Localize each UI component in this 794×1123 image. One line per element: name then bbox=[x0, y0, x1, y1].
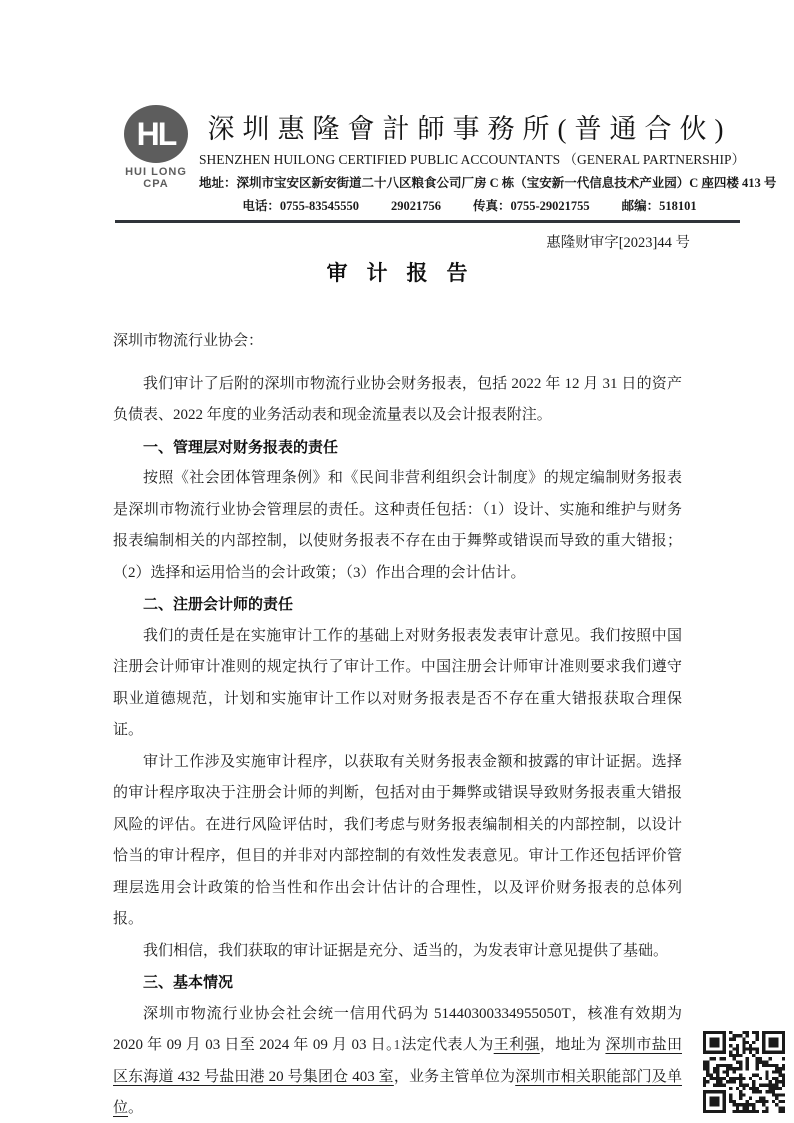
document-ref-number: 惠隆财审字[2023]44 号 bbox=[0, 231, 690, 252]
section-heading: 三、基本情况 bbox=[113, 967, 682, 999]
logo-monogram: HL bbox=[137, 116, 177, 152]
paragraph: 我们审计了后附的深圳市物流行业协会财务报表，包括 2022 年 12 月 31 … bbox=[113, 369, 682, 432]
audit-report-page: HL HUI LONG CPA 深圳惠隆會計師事務所(普通合伙) SHENZHE… bbox=[0, 0, 794, 1123]
firm-logo: HL HUI LONG CPA bbox=[113, 104, 199, 190]
paragraph: 审计工作涉及实施审计程序，以获取有关财务报表金额和披露的审计证据。选择的审计程序… bbox=[113, 747, 682, 936]
text-segment: ，业务主管单位为 bbox=[394, 1069, 515, 1085]
paragraph: 我们的责任是在实施审计工作的基础上对财务报表发表审计意见。我们按照中国注册会计师… bbox=[113, 621, 682, 747]
page-number: 1 bbox=[0, 1037, 794, 1053]
section-heading: 二、注册会计师的责任 bbox=[113, 589, 682, 621]
firm-contact-line: 电话：0755-83545550 29021756 传真：0755-290217… bbox=[199, 199, 740, 214]
firm-phone: 电话：0755-83545550 bbox=[242, 199, 359, 214]
letterhead-text: 深圳惠隆會計師事務所(普通合伙) SHENZHEN HUILONG CERTIF… bbox=[199, 104, 740, 214]
section-heading: 一、管理层对财务报表的责任 bbox=[113, 432, 682, 464]
salutation: 深圳市物流行业协会： bbox=[113, 326, 682, 358]
firm-postcode: 邮编：518101 bbox=[622, 199, 697, 214]
firm-phone-alt: 29021756 bbox=[391, 199, 441, 214]
firm-name-en: SHENZHEN HUILONG CERTIFIED PUBLIC ACCOUN… bbox=[199, 152, 740, 168]
letterhead-divider bbox=[115, 220, 740, 223]
paragraph: 深圳市物流行业协会社会统一信用代码为 51440300334955050T，核准… bbox=[113, 999, 682, 1123]
paragraph: 按照《社会团体管理条例》和《民间非营利组织会计制度》的规定编制财务报表是深圳市物… bbox=[113, 463, 682, 589]
document-title: 审计报告 bbox=[0, 257, 794, 287]
paragraph: 我们相信，我们获取的审计证据是充分、适当的，为发表审计意见提供了基础。 bbox=[113, 936, 682, 968]
qr-code bbox=[698, 1026, 790, 1118]
logo-caption: HUI LONG CPA bbox=[125, 166, 187, 190]
huilong-logo-icon: HL bbox=[123, 104, 189, 164]
logo-caption-line2: CPA bbox=[143, 178, 168, 190]
logo-caption-line1: HUI LONG bbox=[125, 166, 187, 178]
firm-fax: 传真：0755-29021755 bbox=[473, 199, 590, 214]
firm-name-cn: 深圳惠隆會計師事務所(普通合伙) bbox=[199, 112, 740, 146]
letterhead: HL HUI LONG CPA 深圳惠隆會計師事務所(普通合伙) SHENZHE… bbox=[113, 104, 740, 214]
text-segment: 。 bbox=[128, 1100, 143, 1116]
document-body: 深圳市物流行业协会：我们审计了后附的深圳市物流行业协会财务报表，包括 2022 … bbox=[113, 326, 682, 1123]
firm-address: 地址：深圳市宝安区新安街道二十八区粮食公司厂房 C 栋（宝安新一代信息技术产业园… bbox=[199, 176, 740, 191]
